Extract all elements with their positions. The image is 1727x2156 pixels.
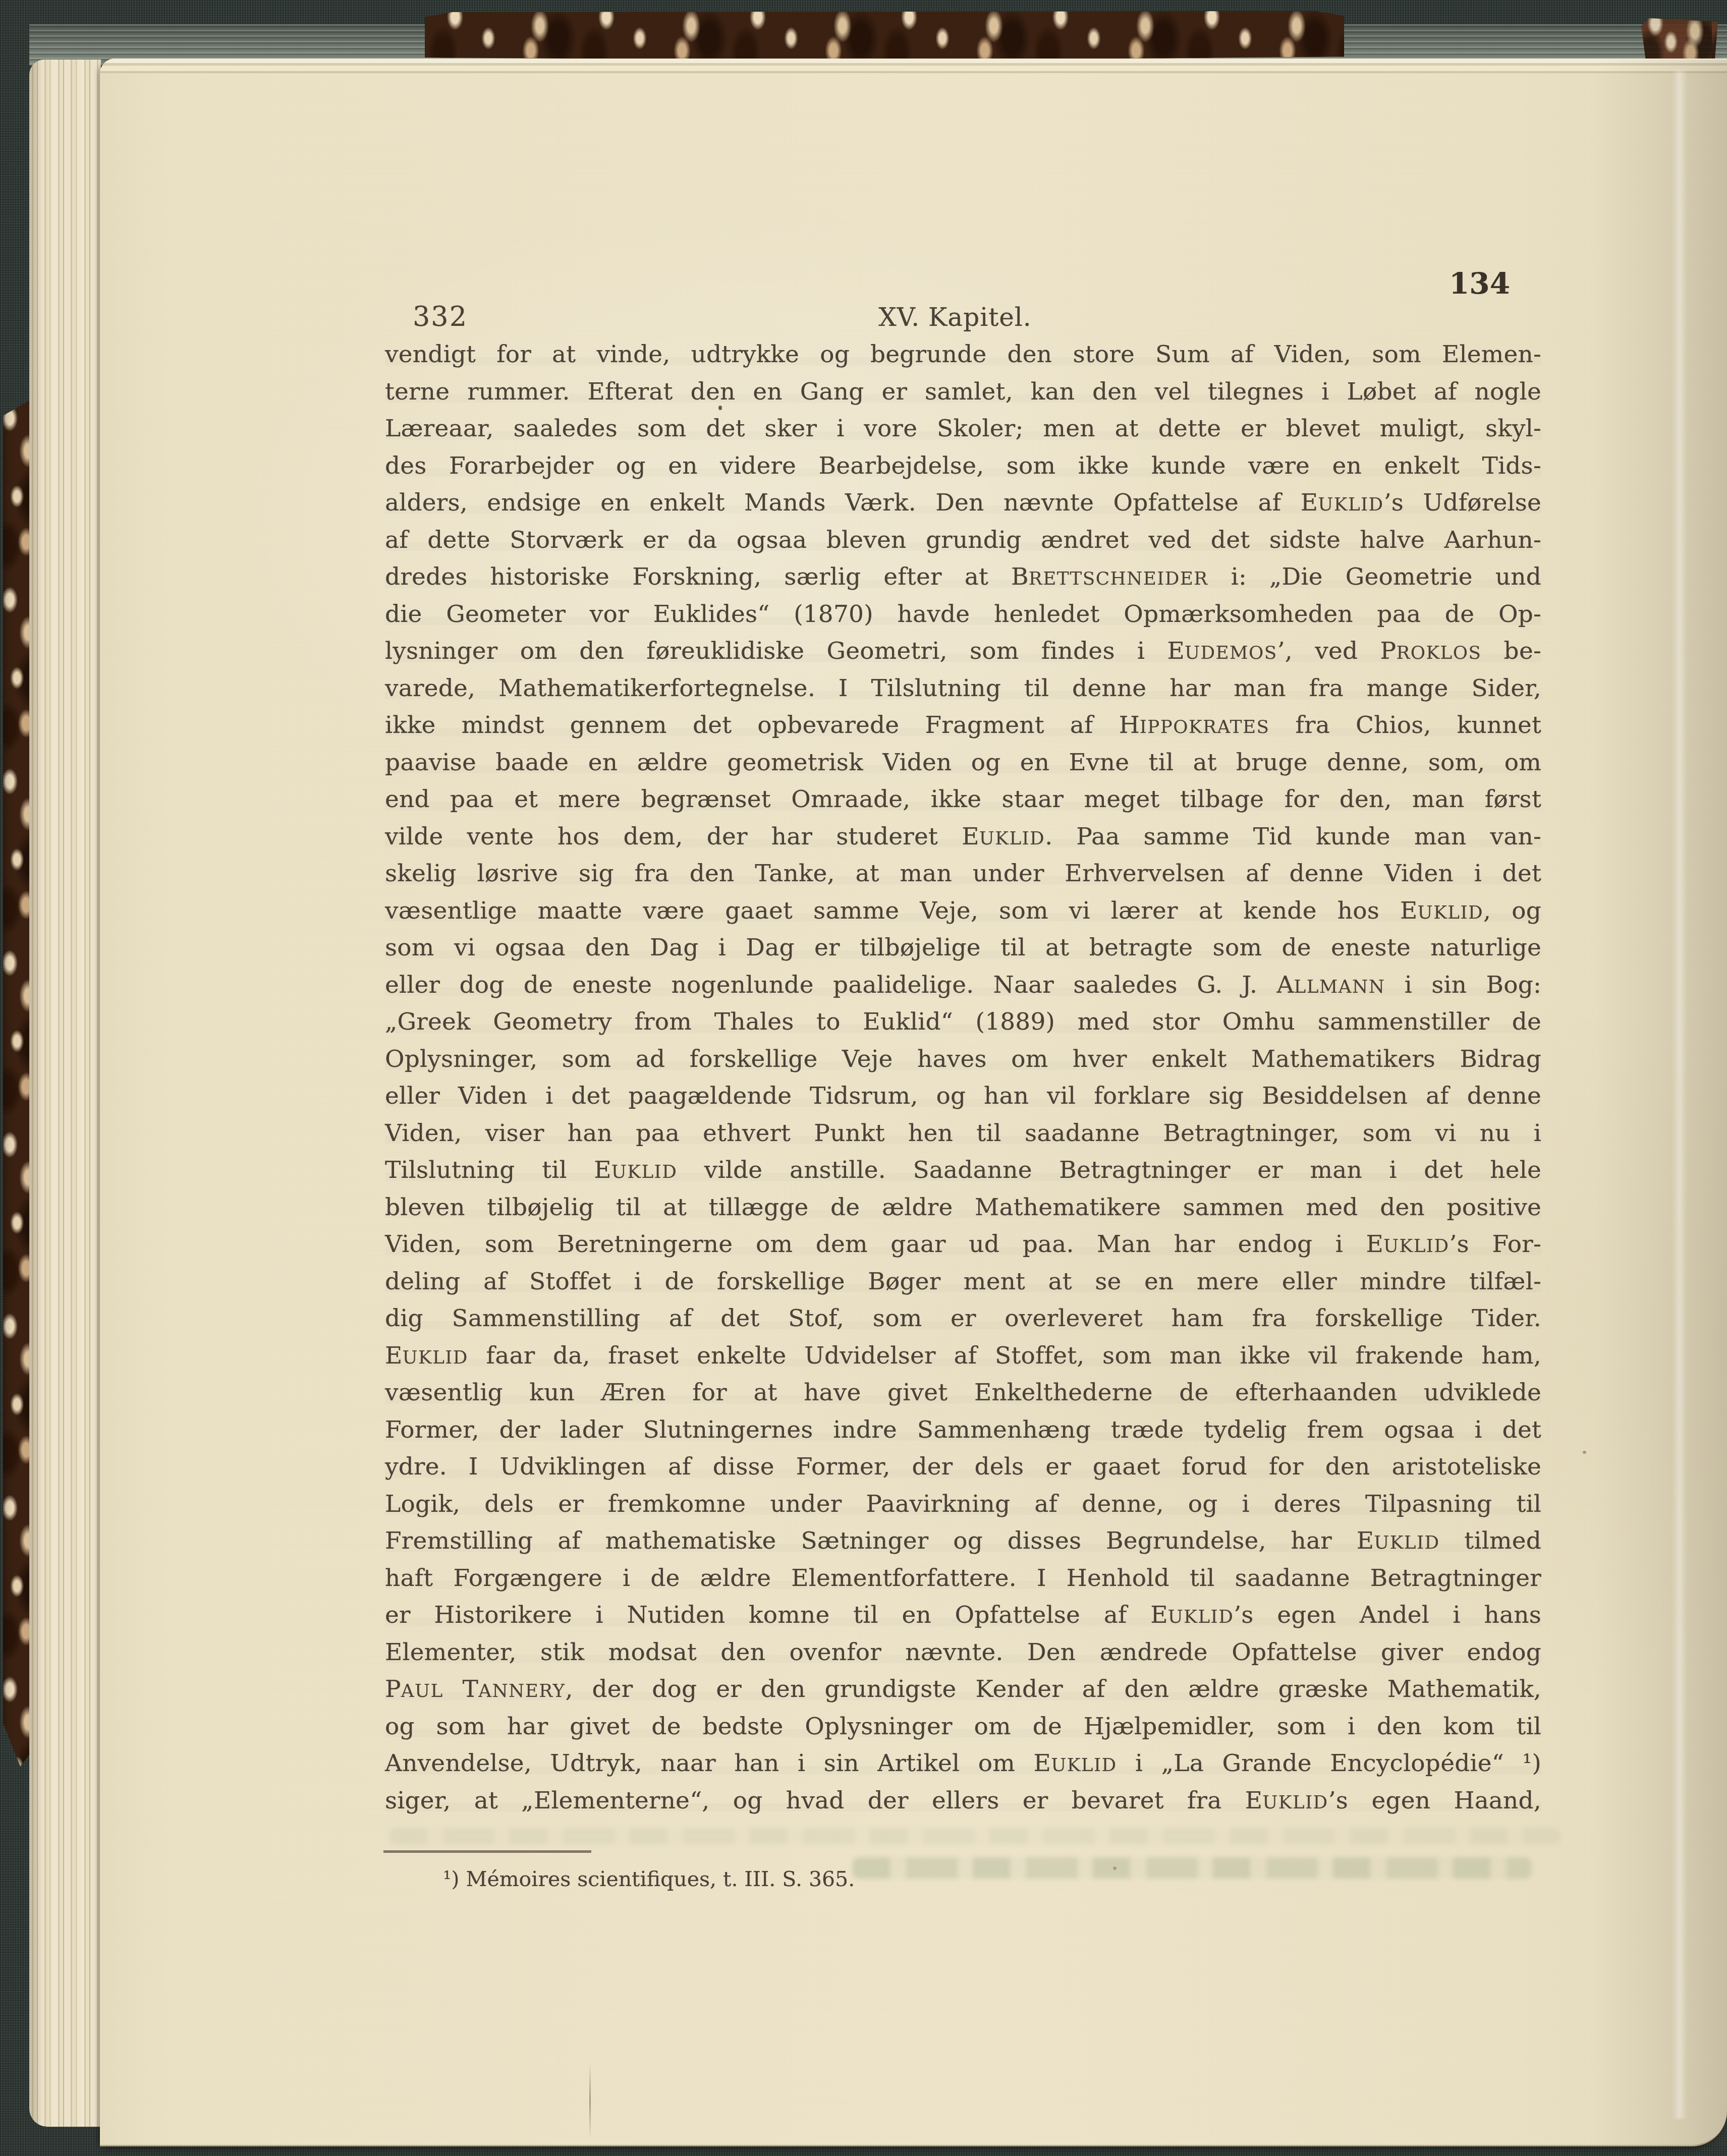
text-line: paavise baade en ældre geometrisk Viden … — [385, 744, 1541, 781]
paper-scratch — [589, 2063, 591, 2139]
small-caps-name: Euklid — [1366, 1230, 1450, 1258]
text-line: er Historikere i Nutiden komne til en Op… — [385, 1597, 1541, 1634]
small-caps-name: Euklid — [1357, 1527, 1440, 1555]
small-caps-name: Euklid — [1245, 1787, 1328, 1814]
text-line: Euklid faar da, fraset enkelte Udvidelse… — [385, 1337, 1541, 1375]
text-line: alders, endsige en enkelt Mands Værk. De… — [385, 484, 1541, 522]
small-caps-name: Brettschneider — [1011, 563, 1208, 591]
ink-speck — [1113, 1866, 1117, 1870]
body-text: vendigt for at vinde, udtrykke og begrun… — [385, 336, 1541, 1819]
text-line: ydre. I Udviklingen af disse Former, der… — [385, 1448, 1541, 1486]
show-through-line — [853, 1857, 1531, 1879]
text-line: des Forarbejder og en videre Bearbejdels… — [385, 447, 1541, 485]
text-line: af dette Storværk er da ogsaa bleven gru… — [385, 522, 1541, 559]
folio-number-right: 134 — [1449, 268, 1510, 299]
small-caps-name: Eudemos — [1167, 637, 1277, 665]
small-caps-name: Hippokrates — [1119, 711, 1270, 739]
text-line: som vi ogsaa den Dag i Dag er tilbøjelig… — [385, 929, 1541, 967]
text-line: Logik, dels er fremkomne under Paavirkni… — [385, 1486, 1541, 1523]
text-line: væsentlig kun Æren for at have givet Enk… — [385, 1374, 1541, 1411]
text-line: bleven tilbøjelig til at tillægge de æld… — [385, 1189, 1541, 1226]
text-line: varede, Mathematikerfortegnelse. I Tilsl… — [385, 670, 1541, 707]
text-line: dig Sammenstilling af det Stof, som er o… — [385, 1300, 1541, 1337]
text-line: lysninger om den føreuklidiske Geometri,… — [385, 633, 1541, 670]
marbled-strip-top — [425, 11, 1344, 61]
text-line: haft Forgængere i de ældre Elementforfat… — [385, 1560, 1541, 1597]
text-line: Tilslutning til Euklid vilde anstille. S… — [385, 1152, 1541, 1189]
footnote-rule — [383, 1850, 591, 1853]
page-top-edge-lines — [100, 59, 1727, 81]
small-caps-name: Euklid — [1301, 489, 1384, 517]
page-number-left: 332 — [413, 302, 468, 332]
text-line: Fremstilling af mathematiske Sætninger o… — [385, 1522, 1541, 1560]
text-line: og som har givet de bedste Oplysninger o… — [385, 1708, 1541, 1745]
text-line: siger, at „Elementerne“, og hvad der ell… — [385, 1782, 1541, 1820]
gutter-crease — [1672, 71, 1687, 2119]
small-caps-name: Tannery — [463, 1675, 566, 1703]
footnote: ¹) Mémoires scientifiques, t. III. S. 36… — [443, 1866, 855, 1892]
small-caps-name: Euklid — [385, 1342, 468, 1370]
text-line: Viden, som Beretningerne om dem gaar ud … — [385, 1226, 1541, 1263]
text-line: Oplysninger, som ad forskellige Veje hav… — [385, 1041, 1541, 1078]
gutter-shade — [1594, 60, 1727, 2145]
small-caps-name: Euklid — [1400, 897, 1483, 925]
text-line: Paul Tannery, der dog er den grundigste … — [385, 1671, 1541, 1708]
text-line: vilde vente hos dem, der har studeret Eu… — [385, 818, 1541, 856]
page-edge-stack-left — [29, 60, 101, 2127]
text-line: ikke mindst gennem det opbevarede Fragme… — [385, 707, 1541, 744]
text-line: Elementer, stik modsat den ovenfor nævnt… — [385, 1634, 1541, 1671]
text-line: Læreaar, saaledes som det sker i vore Sk… — [385, 410, 1541, 447]
small-caps-name: Euklid — [1034, 1749, 1117, 1777]
text-line: eller dog de eneste nogenlunde paalideli… — [385, 967, 1541, 1004]
text-line: terne rummer. Efterat den en Gang er sam… — [385, 373, 1541, 411]
text-line: vendigt for at vinde, udtrykke og begrun… — [385, 336, 1541, 373]
ink-speck — [718, 406, 722, 410]
text-line: end paa et mere begrænset Omraade, ikke … — [385, 781, 1541, 818]
show-through-line — [389, 1828, 1560, 1844]
ink-speck — [1583, 1451, 1586, 1454]
text-line: Viden, viser han paa ethvert Punkt hen t… — [385, 1115, 1541, 1152]
running-head-chapter: XV. Kapitel. — [849, 303, 1061, 332]
text-line: eller Viden i det paagældende Tidsrum, o… — [385, 1077, 1541, 1115]
text-line: „Greek Geometry from Thales to Euklid“ (… — [385, 1003, 1541, 1041]
text-line: Former, der lader Slutningernes indre Sa… — [385, 1411, 1541, 1449]
text-line: Anvendelse, Udtryk, naar han i sin Artik… — [385, 1745, 1541, 1782]
scanned-book-page: 332 XV. Kapitel. 134 vendigt for at vind… — [0, 0, 1727, 2156]
marbled-fragment-top-right — [1641, 18, 1718, 62]
small-caps-name: Euklid — [962, 823, 1045, 850]
small-caps-name: Euklid — [1150, 1601, 1234, 1629]
small-caps-name: Euklid — [594, 1156, 677, 1184]
text-line: dredes historiske Forskning, særlig efte… — [385, 558, 1541, 596]
text-line: deling af Stoffet i de forskellige Bøger… — [385, 1263, 1541, 1300]
small-caps-name: Allmann — [1276, 971, 1385, 999]
small-caps-name: Proklos — [1380, 637, 1482, 665]
small-caps-name: Paul — [385, 1675, 443, 1703]
text-line: skelig løsrive sig fra den Tanke, at man… — [385, 855, 1541, 892]
text-line: væsentlige maatte være gaaet samme Veje,… — [385, 892, 1541, 930]
text-line: die Geometer vor Euklides“ (1870) havde … — [385, 596, 1541, 633]
